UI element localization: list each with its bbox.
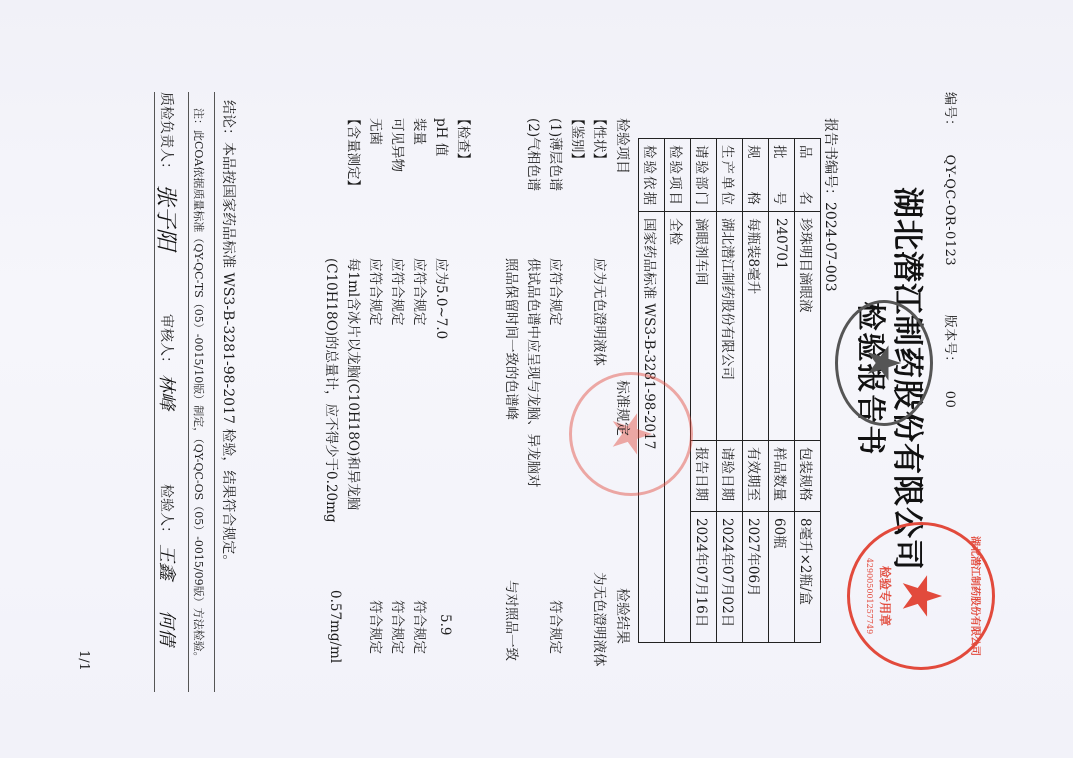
- report-number-value: 2024-07-003: [822, 202, 838, 292]
- divider: [154, 92, 155, 692]
- coa-document-page: 编号：QY-QC-OR-0123 版本号：00 湖北潜江制药股份有限公司 检验报…: [0, 0, 1073, 758]
- inspector-label: 检验人：: [157, 484, 177, 540]
- standard-appearance: 应为无色澄明液体: [591, 258, 611, 366]
- cell-label: 报告日期: [691, 441, 717, 512]
- divider: [214, 92, 215, 692]
- cell-label: 生产单位: [717, 139, 743, 212]
- standard-tlc: 应符合规定: [547, 258, 567, 326]
- section-appearance: 【性状】: [591, 112, 611, 166]
- section-assay: 【含量测定】: [345, 112, 365, 193]
- qc-inspection-seal: 湖北潜江制药股份有限公司 ★ 检验专用章 429005001257749: [847, 522, 995, 670]
- cell-label: 样品数量: [769, 441, 795, 512]
- cell-label: 检验项目: [665, 139, 691, 212]
- result-appearance: 为无色澄明液体: [591, 572, 611, 667]
- conclusion-label: 结论：: [220, 100, 236, 142]
- reviewer-label: 审核人：: [157, 314, 177, 370]
- version-value: 00: [942, 391, 957, 409]
- table-row: 品名 珍珠明目滴眼液 包装规格 8毫升×2瓶/盒: [795, 139, 821, 643]
- standard-fill-volume: 应符合规定: [411, 258, 431, 326]
- page-number: 1/1: [76, 650, 91, 671]
- qa-manager-signature: 张子阳: [152, 184, 183, 250]
- version-label: 版本号：: [942, 315, 957, 369]
- divider: [188, 92, 189, 692]
- cell-label: 规格: [743, 139, 769, 212]
- report-number-label: 报告书编号：: [822, 118, 838, 202]
- table-row: 批号 240701 样品数量 60瓶: [769, 139, 795, 643]
- conclusion: 结论：本品按国家药品标准 WS3-B-3281-98-2017 检验，结果符合规…: [219, 100, 239, 568]
- cell-value: 滴眼剂车间: [691, 212, 717, 441]
- cell-value: 湖北潜江制药股份有限公司: [717, 212, 743, 441]
- standard-sterility: 应符合规定: [367, 258, 387, 326]
- cell-value: 240701: [769, 212, 795, 441]
- table-row: 生产单位 湖北潜江制药股份有限公司 请验日期 2024年07月02日: [717, 139, 743, 643]
- inspector-signature: 王鑫: [155, 544, 181, 580]
- cell-label: 检验依据: [639, 139, 665, 212]
- table-row: 请验部门 滴眼剂车间 报告日期 2024年07月16日: [691, 139, 717, 643]
- footnote: 注：此COA依据质量标准（QY-QC-TS（05）-0015/10版）制定，（Q…: [191, 108, 207, 663]
- cell-label: 批号: [769, 139, 795, 212]
- standard-visible-particles: 应符合规定: [389, 258, 409, 326]
- cell-value: 8毫升×2瓶/盒: [795, 512, 821, 643]
- item-tlc: (1)薄层色谱: [547, 118, 567, 191]
- cell-value: 60瓶: [769, 512, 795, 643]
- cell-value: 珍珠明目滴眼液: [795, 212, 821, 441]
- result-ph: 5.9: [437, 614, 453, 635]
- item-fill-volume: 装量: [411, 118, 431, 145]
- code-label: 编号：: [942, 92, 957, 133]
- cell-label: 包装规格: [795, 441, 821, 512]
- inspector-signature-2: 何倩: [155, 610, 181, 646]
- qa-manager-label: 质检负责人：: [158, 92, 174, 176]
- standard-gc: 供试品色谱中应呈现与龙脑、异龙脑对: [525, 258, 545, 488]
- header-result: 检验结果: [613, 588, 633, 644]
- result-fill-volume: 符合规定: [411, 600, 431, 654]
- code-value: QY-QC-OR-0123: [942, 155, 957, 267]
- conclusion-text: 本品按国家药品标准 WS3-B-3281-98-2017 检验，结果符合规定。: [220, 142, 236, 568]
- company-seal-gray: ★: [835, 300, 933, 426]
- header-item: 检验项目: [613, 118, 633, 174]
- standard-gc-line2: 照品保留时间一致的色谱峰: [503, 258, 523, 420]
- result-gc: 与对照品一致: [503, 580, 523, 661]
- seal-company-text: 湖北潜江制药股份有限公司: [969, 525, 984, 667]
- result-assay: 0.57mg/ml: [327, 590, 343, 663]
- cell-value: 每瓶装8毫升: [743, 212, 769, 441]
- header-standard: 标准规定: [613, 380, 633, 436]
- item-sterility: 无菌: [367, 118, 387, 145]
- cell-value: 2024年07月16日: [691, 512, 717, 643]
- star-icon: ★: [894, 572, 948, 620]
- seal-purpose-text: 检验专用章: [877, 525, 894, 667]
- section-inspection: 【检查】: [455, 112, 475, 166]
- table-row: 规格 每瓶装8毫升 有效期至 2027年06月: [743, 139, 769, 643]
- standard-assay: 每1ml含冰片以龙脑(C10H18O)和异龙脑: [345, 258, 365, 510]
- standard-ph: 应为5.0~7.0: [433, 258, 453, 339]
- cell-value: 2027年06月: [743, 512, 769, 643]
- standard-assay-line2: (C10H18O)的总量计，应不得少于0.20mg: [323, 258, 343, 523]
- cell-label: 请验部门: [691, 139, 717, 212]
- result-tlc: 符合规定: [547, 600, 567, 654]
- item-ph: pH 值: [433, 118, 453, 156]
- section-identification: 【鉴别】: [569, 112, 589, 166]
- item-visible-particles: 可见异物: [389, 118, 409, 172]
- document-code-line: 编号：QY-QC-OR-0123 版本号：00: [942, 92, 961, 452]
- cell-label: 请验日期: [717, 441, 743, 512]
- reviewer-signature: 林峰: [155, 374, 181, 410]
- report-number: 报告书编号：2024-07-003: [821, 118, 841, 292]
- result-visible-particles: 符合规定: [389, 600, 409, 654]
- star-icon: ★: [861, 342, 907, 383]
- signature-row: 质检负责人： 张子阳 审核人： 林峰 检验人： 王鑫 何倩: [157, 92, 177, 692]
- cell-label: 有效期至: [743, 441, 769, 512]
- result-sterility: 符合规定: [367, 600, 387, 654]
- cell-label: 品名: [795, 139, 821, 212]
- item-gc: (2)气相色谱: [525, 118, 545, 191]
- seal-code-text: 429005001257749: [865, 525, 874, 667]
- cell-value: 2024年07月02日: [717, 512, 743, 643]
